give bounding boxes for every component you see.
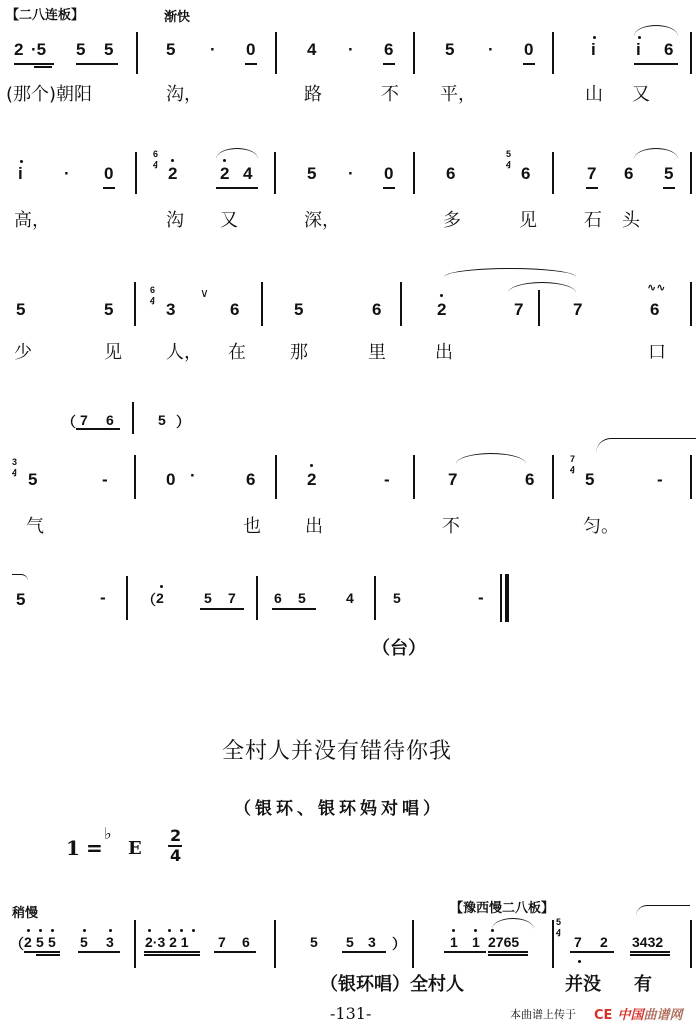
note: · (210, 40, 216, 60)
lyric: 不 (442, 512, 460, 538)
note: 6 (384, 40, 393, 60)
note: 0 (524, 40, 533, 60)
lyric: 石 (584, 206, 602, 232)
lyric: 里 (368, 338, 386, 364)
site-name-red: 中国 (618, 1008, 644, 1023)
lyric: 人， (166, 338, 202, 364)
lyric: 少 (14, 338, 32, 364)
lyric: (那个)朝阳 (6, 80, 92, 106)
lyric: 也 (243, 512, 261, 538)
lyric: 有 (634, 970, 652, 996)
note: 5 (104, 40, 113, 60)
lyric: 气 (26, 512, 44, 538)
lyric: 口 (648, 338, 666, 364)
note: 4 (307, 40, 316, 60)
lyric: 深， (304, 206, 340, 232)
note: 6 (664, 40, 673, 60)
site-watermark[interactable]: CE 中国曲谱网 (594, 1004, 683, 1023)
site-name-brown: 曲谱网 (644, 1008, 683, 1023)
lyric: 见 (104, 338, 122, 364)
lyric: 山 (585, 80, 603, 106)
banqiang-label: 【二八连板】 (6, 4, 84, 23)
note: · (488, 40, 494, 60)
note: i (636, 40, 641, 60)
lyric: 那 (290, 338, 308, 364)
note: 5 (76, 40, 85, 60)
lyric: 多 (443, 206, 461, 232)
note: · (348, 40, 354, 60)
annotation-tai: （台） (372, 634, 426, 660)
lyric: 又 (220, 206, 238, 232)
note: i (591, 40, 596, 60)
note: ·5 (31, 40, 46, 60)
tempo-marking: 渐快 (164, 6, 190, 25)
lyric: 匀。 (583, 512, 619, 538)
lyric: 沟 (166, 206, 184, 232)
lyric: 平， (440, 80, 476, 106)
banqiang-label-2: 【豫西慢二八板】 (450, 897, 554, 916)
page-number: -131- (330, 1004, 371, 1023)
lyric: 见 (519, 206, 537, 232)
lyric: 头 (622, 206, 640, 232)
note: 5 (166, 40, 175, 60)
note: 2 (14, 40, 23, 60)
lyric: （银环唱）全村人 (320, 970, 464, 996)
lyric: 并没 (565, 970, 601, 996)
lyric: 在 (228, 338, 246, 364)
upload-text: 本曲谱上传于 (510, 1006, 576, 1022)
lyric: 出 (435, 338, 453, 364)
lyric: 路 (304, 80, 322, 106)
note: 0 (246, 40, 255, 60)
lyric: 不 (381, 80, 399, 106)
lyric: 出 (305, 512, 323, 538)
lyric: 沟， (166, 80, 202, 106)
lyric: 又 (632, 80, 650, 106)
lyric: 高， (14, 206, 50, 232)
site-logo-icon: CE (594, 1008, 612, 1023)
song-title: 全村人并没有错待你我 (222, 734, 452, 765)
note: 5 (445, 40, 454, 60)
song-subtitle: （银环、银环妈对唱） (234, 794, 444, 819)
tempo-marking-2: 稍慢 (12, 902, 38, 921)
